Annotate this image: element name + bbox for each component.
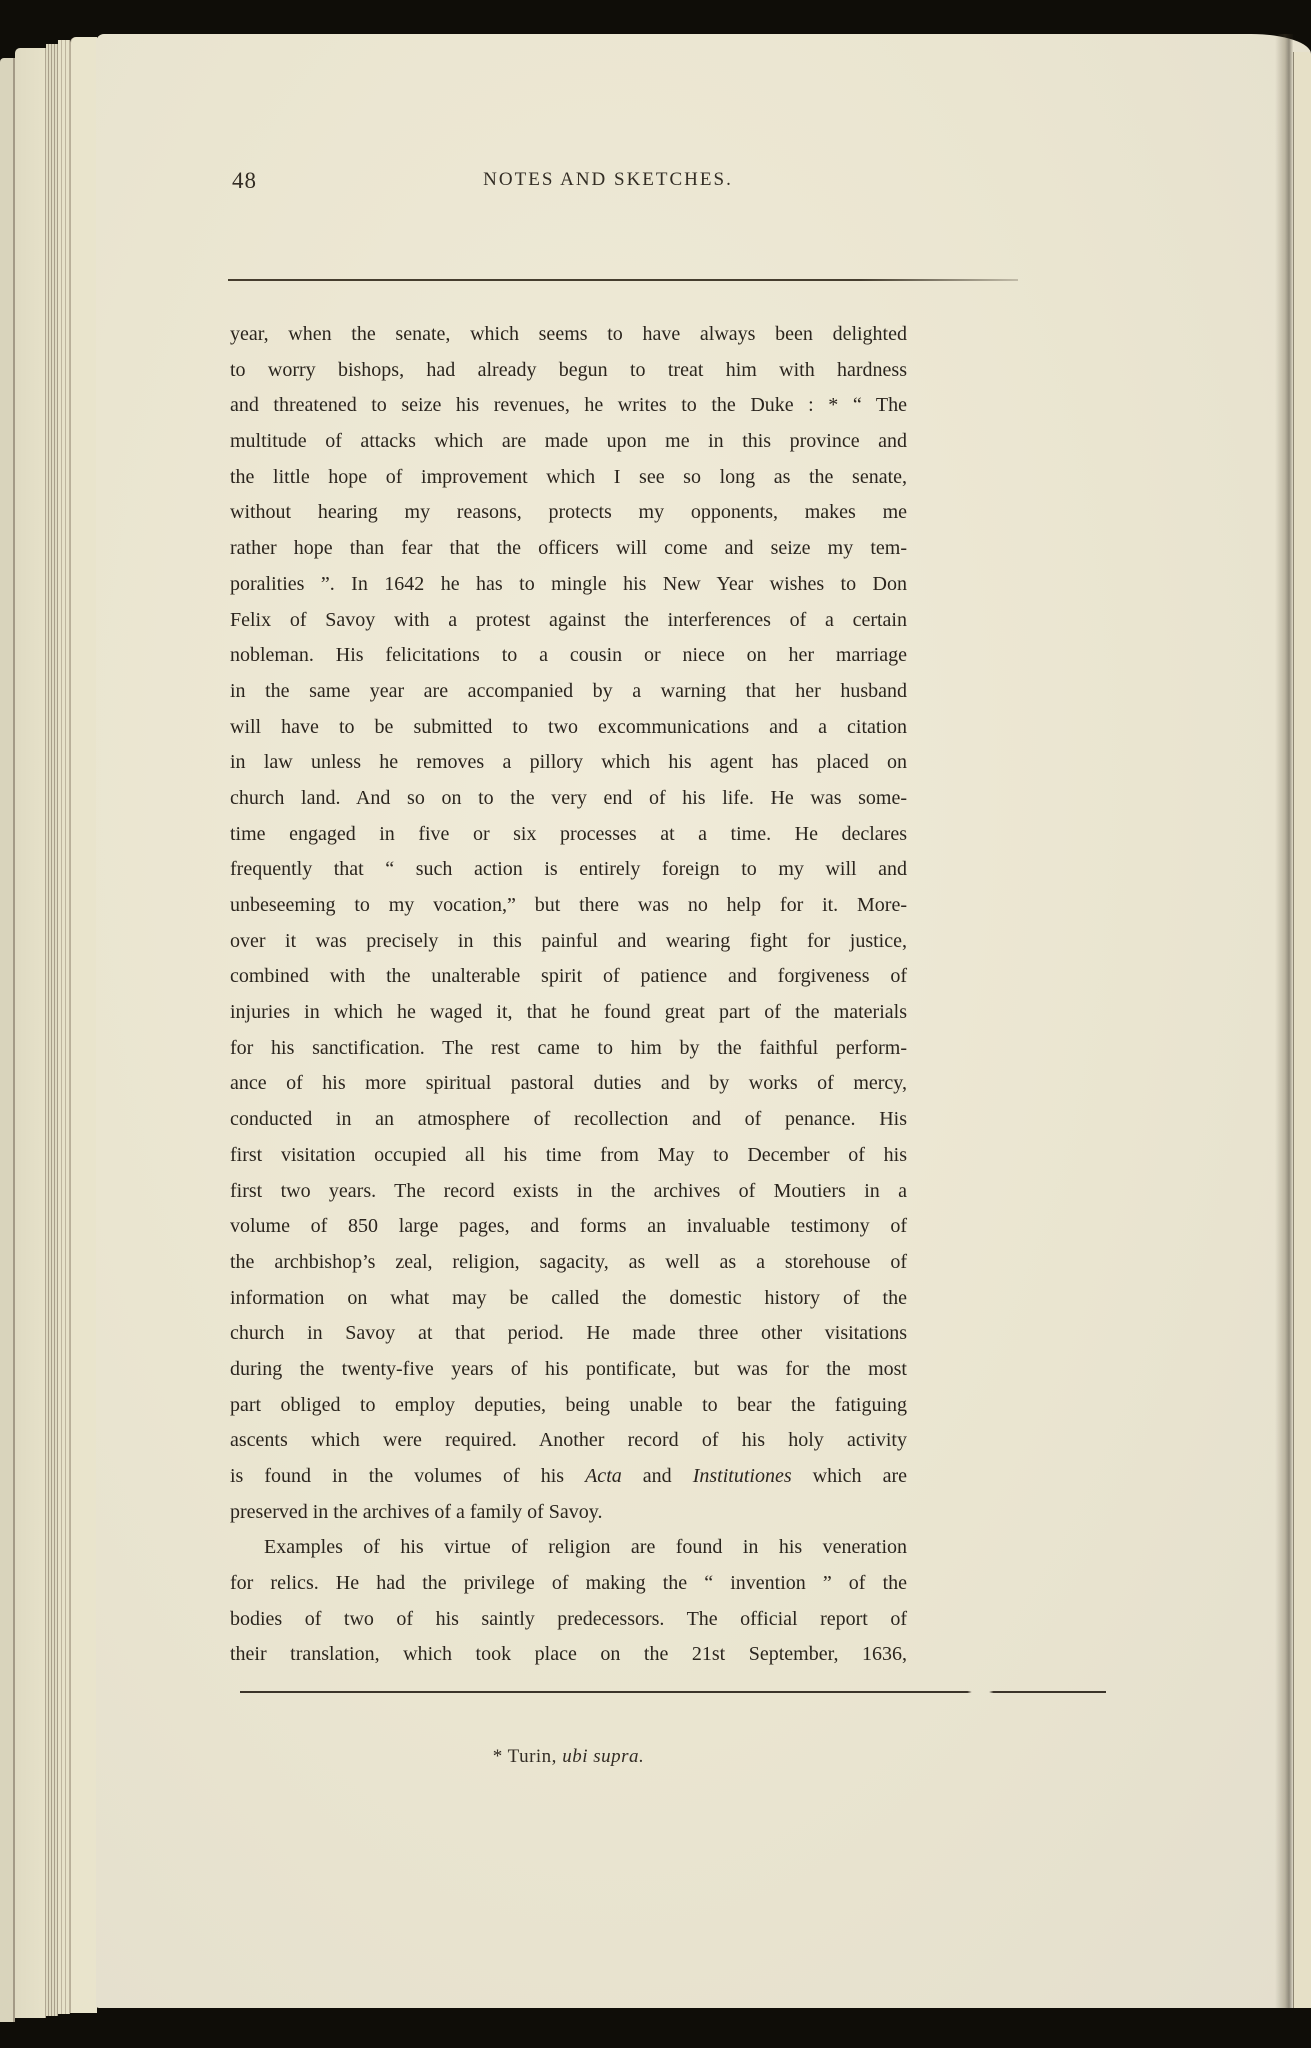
text-line: injuries in which he waged it, that he f… xyxy=(230,995,907,1031)
text-line: Felix of Savoy with a protest against th… xyxy=(230,603,907,639)
page-header: 48 NOTES AND SKETCHES. xyxy=(230,166,906,198)
book-page: 48 NOTES AND SKETCHES. year, when the se… xyxy=(96,34,1311,2008)
text-line: the little hope of improvement which I s… xyxy=(230,460,907,496)
text-line: year, when the senate, which seems to ha… xyxy=(230,317,907,353)
text-line: rather hope than fear that the officers … xyxy=(230,531,907,567)
page-edge-strip xyxy=(70,37,97,2013)
text-line: poralities ”. In 1642 he has to mingle h… xyxy=(230,567,907,603)
italic-term: Acta xyxy=(585,1465,622,1487)
text-line: Examples of his virtue of religion are f… xyxy=(230,1530,907,1566)
text-line-with-italics: is found in the volumes of his Acta and … xyxy=(230,1459,907,1495)
text-line: for relics. He had the privilege of maki… xyxy=(230,1566,907,1602)
footnote: * Turin, ubi supra. xyxy=(230,1746,907,1768)
text-line: for his sanctification. The rest came to… xyxy=(230,1031,907,1067)
running-header: NOTES AND SKETCHES. xyxy=(270,166,946,191)
text-line: their translation, which took place on t… xyxy=(230,1637,907,1673)
text-line: bodies of two of his saintly predecessor… xyxy=(230,1602,907,1638)
text-line: conducted in an atmosphere of recollecti… xyxy=(230,1102,907,1138)
text-line: in the same year are accompanied by a wa… xyxy=(230,674,907,710)
text-line: during the twenty-five years of his pont… xyxy=(230,1352,907,1388)
text-line: church land. And so on to the very end o… xyxy=(230,781,907,817)
text-line: frequently that “ such action is entirel… xyxy=(230,852,907,888)
page-edge-strip xyxy=(58,40,70,2014)
text-line: church in Savoy at that period. He made … xyxy=(230,1316,907,1352)
text-line: and threatened to seize his revenues, he… xyxy=(230,388,907,424)
text-line: nobleman. His felicitations to a cousin … xyxy=(230,638,907,674)
text-line: the archbishop’s zeal, religion, sagacit… xyxy=(230,1245,907,1281)
text-line: unbeseeming to my vocation,” but there w… xyxy=(230,888,907,924)
gutter-fold-shadow xyxy=(1275,34,1293,2008)
text-segment: and xyxy=(622,1465,693,1487)
text-line: volume of 850 large pages, and forms an … xyxy=(230,1209,907,1245)
text-line: time engaged in five or six processes at… xyxy=(230,817,907,853)
text-line: information on what may be called the do… xyxy=(230,1281,907,1317)
header-rule xyxy=(228,279,1018,281)
text-line: will have to be submitted to two excommu… xyxy=(230,710,907,746)
footnote-italic: ubi supra. xyxy=(562,1746,644,1767)
text-line: preserved in the archives of a family of… xyxy=(230,1495,907,1531)
text-line: part obliged to employ deputies, being u… xyxy=(230,1388,907,1424)
text-line: first two years. The record exists in th… xyxy=(230,1174,907,1210)
text-line: ascents which were required. Another rec… xyxy=(230,1423,907,1459)
page-number: 48 xyxy=(232,168,257,194)
italic-term: Institutiones xyxy=(693,1465,792,1487)
page-body-text: year, when the senate, which seems to ha… xyxy=(230,317,907,1673)
text-segment: is found in the volumes of his xyxy=(230,1465,585,1487)
text-line: combined with the unalterable spirit of … xyxy=(230,959,907,995)
text-segment: which are xyxy=(792,1465,907,1487)
next-page-edge xyxy=(1293,52,1311,2008)
page-edge-strip xyxy=(15,48,46,2018)
footnote-marker: * Turin, xyxy=(493,1746,562,1767)
text-line: over it was precisely in this painful an… xyxy=(230,924,907,960)
text-line: in law unless he removes a pillory which… xyxy=(230,745,907,781)
footnote-rule xyxy=(240,1691,1106,1693)
page-edge-strip xyxy=(46,44,58,2016)
text-line: without hearing my reasons, protects my … xyxy=(230,495,907,531)
text-line: ance of his more spiritual pastoral duti… xyxy=(230,1066,907,1102)
text-line: first visitation occupied all his time f… xyxy=(230,1138,907,1174)
text-line: multitude of attacks which are made upon… xyxy=(230,424,907,460)
scanned-book-photo: 48 NOTES AND SKETCHES. year, when the se… xyxy=(0,0,1311,2048)
page-edge-strip xyxy=(0,58,15,2022)
text-line: to worry bishops, had already begun to t… xyxy=(230,353,907,389)
